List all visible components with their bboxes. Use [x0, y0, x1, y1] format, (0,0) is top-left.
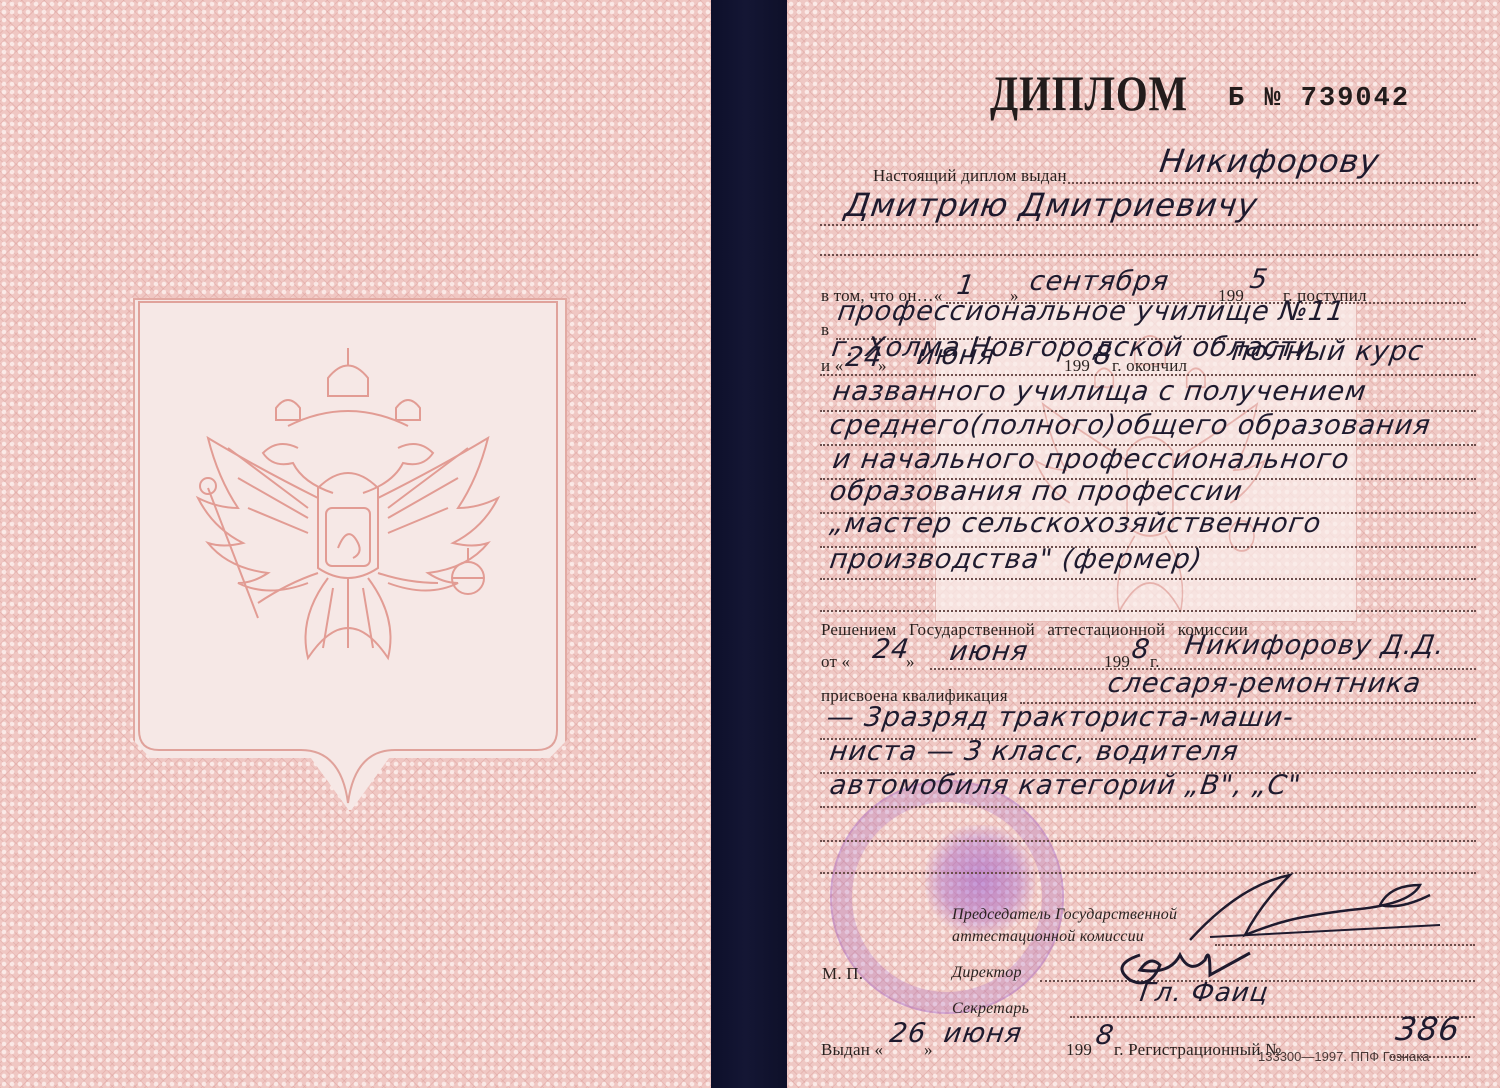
director-signature	[1110, 935, 1270, 995]
decision-month: июня	[948, 636, 1031, 667]
issued-year-prefix: 199	[1066, 1040, 1092, 1060]
graduated-text: полный курс	[1230, 336, 1426, 367]
chairman-label-line-1: Председатель Государственной	[952, 906, 1177, 924]
qualification-line: — 3разряд тракториста-маши-	[825, 702, 1296, 733]
graduated-year-prefix: 199	[1064, 356, 1090, 376]
secretary-label: Секретарь	[952, 1000, 1029, 1018]
enrolled-month: сентября	[1028, 266, 1171, 297]
decision-recipient: Никифорову Д.Д.	[1183, 630, 1447, 661]
graduated-month: июня	[915, 340, 998, 371]
print-code: 133300—1997. ППФ Гознака	[1258, 1049, 1430, 1064]
issued-day: 26	[888, 1018, 929, 1049]
diploma-series-number: Б № 739042	[1228, 84, 1410, 114]
dotted-line	[820, 806, 1476, 808]
diploma-title: ДИПЛОМ	[990, 64, 1188, 122]
quote-mark: »	[906, 652, 915, 672]
quote-mark: »	[878, 356, 887, 376]
course-line: и начального профессионального	[831, 444, 1352, 475]
course-line: среднего(полного)общего образования	[828, 410, 1433, 441]
dotted-line	[820, 254, 1478, 256]
surname-handwritten: Никифорову	[1157, 142, 1382, 180]
issued-suffix: г. Регистрационный №	[1114, 1040, 1282, 1060]
course-line: образования по профессии	[828, 476, 1245, 507]
decision-prefix: от «	[821, 652, 850, 672]
quote-mark: »	[924, 1040, 933, 1060]
registration-number: 386	[1393, 1010, 1462, 1048]
name-patronymic-handwritten: Дмитрию Дмитриевичу	[842, 186, 1260, 224]
course-line: производства" (фермер)	[828, 544, 1205, 575]
issued-month: июня	[942, 1018, 1025, 1049]
dotted-line	[820, 840, 1476, 842]
qualification-line: автомобиля категорий „В", „С"	[828, 770, 1303, 801]
dotted-line	[820, 578, 1476, 580]
qualification-line: слесаря-ремонтника	[1106, 668, 1424, 699]
issued-to-label: Настоящий диплом выдан	[873, 166, 1067, 186]
qualification-line: ниста — 3 класс, водителя	[828, 736, 1241, 767]
dotted-line	[820, 224, 1478, 226]
director-label: Директор	[952, 964, 1022, 982]
graduated-suffix: г. окончил	[1112, 356, 1187, 376]
dotted-line	[1063, 182, 1478, 184]
issued-prefix: Выдан «	[821, 1040, 883, 1060]
course-line: „мастер сельскохозяйственного	[828, 508, 1324, 539]
institution-line-1: профессиональное училище №11	[836, 296, 1347, 327]
seal-place-label: М. П.	[822, 964, 863, 984]
russian-coat-of-arms-icon	[178, 338, 518, 678]
graduated-label-prefix: и «	[821, 356, 843, 376]
dotted-line	[820, 610, 1476, 612]
diploma-spine	[711, 0, 787, 1088]
institution-prefix: в	[821, 320, 829, 340]
course-line: названного училища с получением	[831, 376, 1369, 407]
